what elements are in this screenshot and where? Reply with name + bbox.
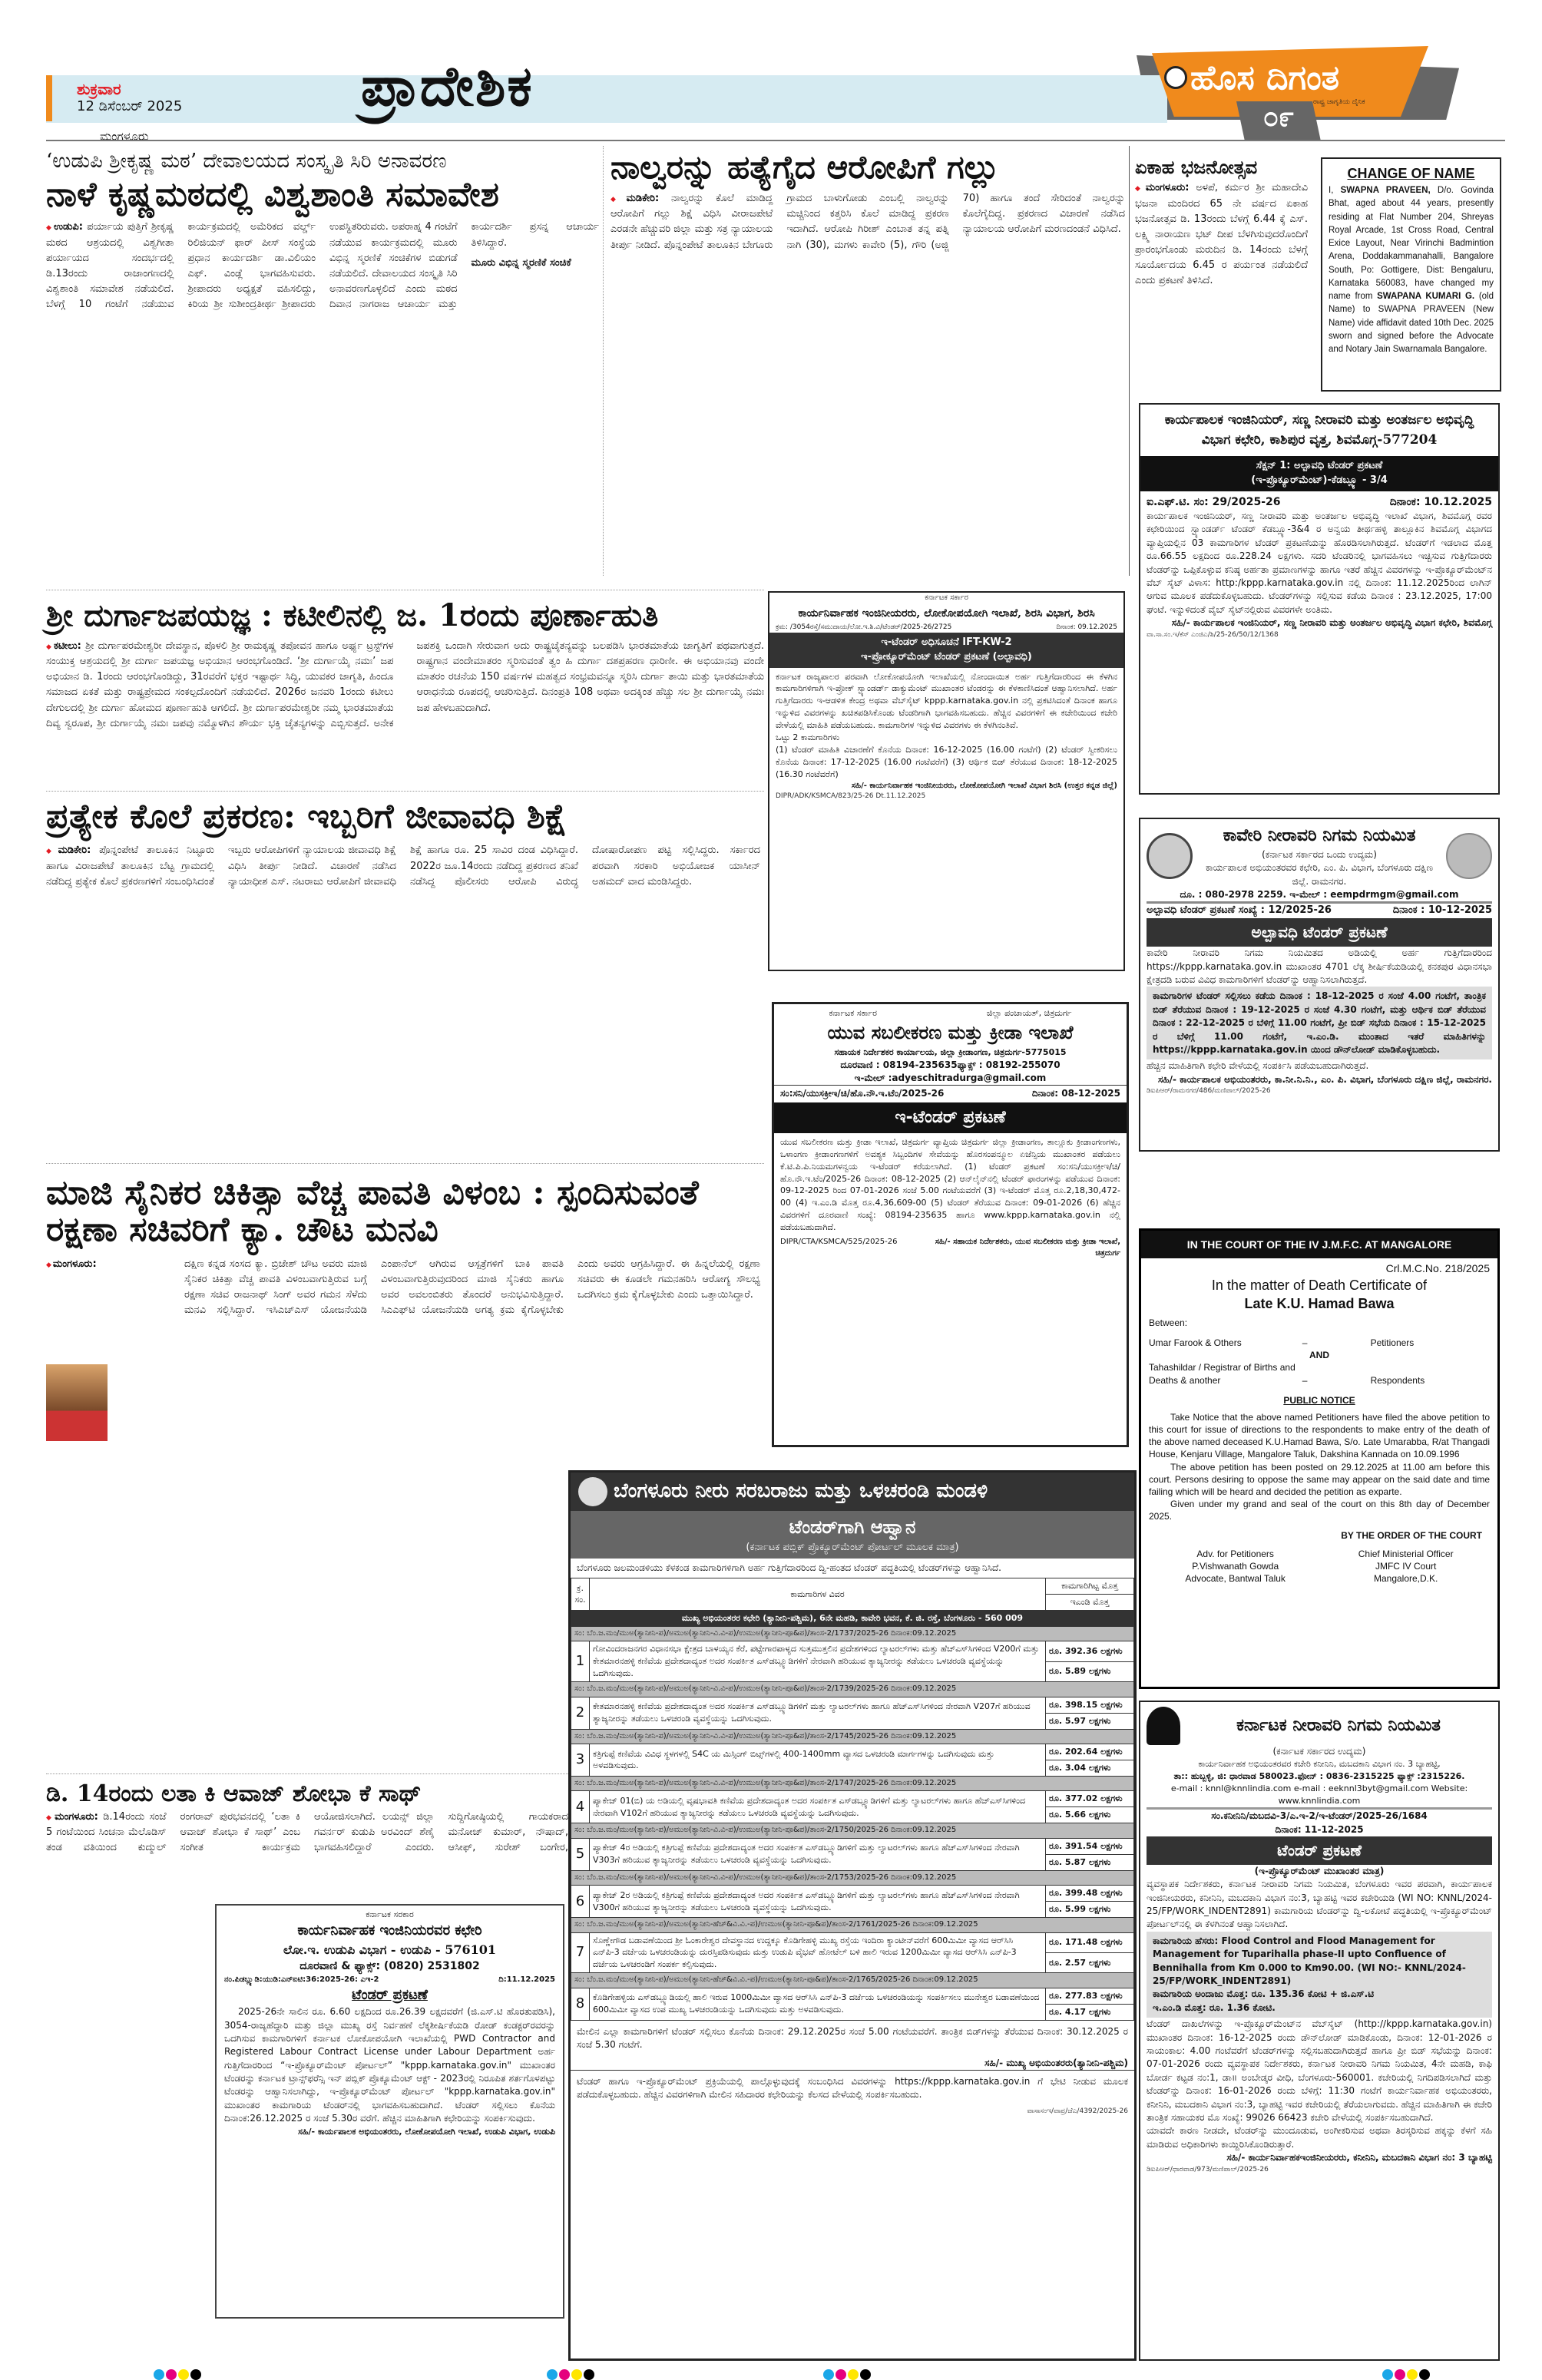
ad-subtitle: (ಕರ್ನಾಟಕ ಸರ್ಕಾರದ ಒಂದು ಉದ್ಯಮ) <box>1197 848 1441 861</box>
bwssb-emblem-icon <box>578 1477 607 1506</box>
row-number: 7 <box>571 1932 590 1973</box>
person-name: SWAPNA PRAVEEN, <box>1341 186 1431 195</box>
ad-bwssb-tender: ಬೆಂಗಳೂರು ನೀರು ಸರಬರಾಜು ಮತ್ತು ಒಳಚರಂಡಿ ಮಂಡಳ… <box>568 1470 1137 2361</box>
table-row: 4 ಪ್ಯಾಕೇಜ್ 01(ಬಿ) ಯ ಅಡಿಯಲ್ಲಿ ವೃಷಭಾವತಿ ಕಣ… <box>571 1791 1134 1807</box>
story-murder-case: ಪ್ರತ್ಯೇಕ ಕೊಲೆ ಪ್ರಕರಣ: ಇಬ್ಬರಿಗೆ ಜೀವಾವಧಿ ಶ… <box>46 798 760 1159</box>
ad-change-of-name: CHANGE OF NAME I, SWAPNA PRAVEEN, D/o. G… <box>1321 157 1501 392</box>
ad-body: ಕರ್ನಾಟಕ ರಾಜ್ಯಪಾಲರ ಪರವಾಗಿ ಲೋಕೋಪಯೋಗಿ ಇಲಾಖೆ… <box>776 671 1117 732</box>
ad-ref: ಕ್ರಮ: /3054ರಸ್ತೆ/ಸಮುದಾಯ/ಲೋ.ಇ.ಶಿ.ವಿ/ಟೆಂಡರ… <box>776 623 951 633</box>
masthead-city: ಮಂಗಳೂರು <box>100 129 148 144</box>
section-rule <box>46 1163 764 1164</box>
ad-signature: ಸಹಿ/- ಕಾರ್ಯಪಾಲಕ ಇಂಜಿನಿಯರ್, ಸಣ್ಣ ನೀರಾವರಿ … <box>1147 616 1492 630</box>
page-number: ೦೯ <box>1236 101 1321 141</box>
ad-signature: ಸಹಿ/- ಕಾರ್ಯಪಾಲಕ ಅಭಿಯಂತರರು, ಲೋಕೋಪಯೋಗಿ ಇಲಾ… <box>224 2126 555 2138</box>
section-rule <box>46 791 764 792</box>
ad-banner: ಇ-ಟೆಂಡರ್ ಪ್ರಕಟಣೆ <box>774 1102 1127 1133</box>
ad-court-notice: IN THE COURT OF THE IV J.M.F.C. AT MANGA… <box>1139 1228 1500 1689</box>
ad-banner: ಟೆಂಡರ್ ಪ್ರಕಟಣೆ <box>224 1985 555 2005</box>
ift-number: ಐ.ಎಫ್.ಟಿ. ಸಂ: 29/2025-26 <box>1147 494 1281 510</box>
story-dateline: ಮಡಿಕೇರಿ: <box>46 845 91 856</box>
case-number: Crl.M.C.No. 218/2025 <box>1149 1261 1490 1276</box>
ad-udupi-pwd: ಕರ್ನಾಟಕ ಸರಕಾರ ಕಾರ್ಯನಿರ್ವಾಹಕ ಇಂಜಿನಿಯರವರ ಕ… <box>215 1904 564 2319</box>
advocate-block: Adv. for Petitioners P.Vishwanath Gowda … <box>1185 1548 1286 1585</box>
row-number: 6 <box>571 1886 590 1918</box>
ad-intro: ಬೆಂಗಳೂರು ಜಲಮಂಡಳಿಯು ಕೆಳಕಂಡ ಕಾಮಗಾರಿಗಳಿಗಾಗಿ… <box>571 1559 1134 1578</box>
story-subhead: ಮೂರು ವಿಭಿನ್ನ ಸ್ಮರಣಿಕೆ ಸಂಚಿಕೆ <box>472 256 600 271</box>
row-amount: ರೂ. 377.02 ಲಕ್ಷಗಳು <box>1046 1791 1134 1807</box>
cmyk-marks <box>154 2368 203 2380</box>
col-desc: ಕಾಮಗಾರಿಗಳ ವಿವರ <box>590 1578 1046 1611</box>
ad-title: ಕರ್ನಾಟಕ ನೀರಾವರಿ ನಿಗಮ ನಿಯಮಿತ <box>1185 1714 1492 1738</box>
row-amount: ರೂ. 277.83 ಲಕ್ಷಗಳು <box>1046 1988 1134 2004</box>
row-number: 1 <box>571 1641 590 1682</box>
story-body: ಅಳಪೆ, ಕರ್ಮರ ಶ್ರೀ ಮಹಾದೇವಿ ಭಜನಾ ಮಂದಿರದ 65 … <box>1135 182 1308 286</box>
ad-text: (old Name) to SWAPNA PRAVEEN (New Name) … <box>1329 292 1494 354</box>
ad-gov-label: ಕರ್ನಾಟಕ ಸರ್ಕಾರ <box>769 593 1123 604</box>
ad-phone: ದೂರವಾಣಿ & ಫ್ಯಾಕ್ಸ್: (0820) 2531802 <box>224 1959 555 1974</box>
story-madikeri: ನಾಲ್ವರನ್ನು ಹತ್ಯೆಗೈದ ಆರೋಪಿಗೆ ಗಲ್ಲು ಮಡಿಕೇರ… <box>611 150 1125 576</box>
ad-text: I, <box>1329 186 1341 195</box>
ad-email: ಇ-ಮೇಲ್ :adyeschitradurga@gmail.com <box>774 1072 1127 1086</box>
ad-signature: ಸಹಿ/- ಕಾರ್ಯನಿರ್ವಾಹಕ ಇಂಜಿನೀಯರರು, ಲೋಕೋಪಯೋಗ… <box>776 781 1117 792</box>
table-row: 7 ಸೊಣ್ಣೇಗೌಡ ಬಡಾವಣೆಯಿಂದ ಶ್ರೀ ಓಂಕಾರೇಶ್ವರ ದ… <box>571 1932 1134 1952</box>
row-emd: ರೂ. 2.57 ಲಕ್ಷಗಳು <box>1046 1952 1134 1972</box>
petitioner-role: Petitioners <box>1371 1337 1415 1349</box>
row-description: ಪ್ಯಾಕೇಜ್ 4ರ ಅಡಿಯಲ್ಲಿ ಕತ್ರಿಗುಪ್ಪೆ ಕಣಿವೆಯ … <box>590 1838 1046 1870</box>
section-label: ಸೆಕ್ಷನ್ 1: ಅಲ್ಪಾವಧಿ ಟೆಂಡರ್ ಪ್ರಕಟಣೆ <box>1143 459 1495 474</box>
row-number: 4 <box>571 1791 590 1823</box>
story-udupi: ‘ಉಡುಪಿ ಶ್ರೀಕೃಷ್ಣ ಮಠ’ ದೇವಾಲಯದ ಸಂಸ್ಕೃತಿ ಸಿ… <box>46 150 599 576</box>
ad-cauvery-tender: ಕಾವೇರಿ ನೀರಾವರಿ ನಿಗಮ ನಿಯಮಿತ (ಕರ್ನಾಟಕ ಸರ್ಕ… <box>1139 818 1500 1152</box>
story-body: ಡಿ.14ರಂದು ಸಂಜೆ 5 ಗಂಟೆಯಿಂದ ಸಿಂಚನಾ ಮೆಲೊಡಿಸ… <box>46 1811 568 1853</box>
matter-line: In the matter of Death Certificate of <box>1149 1276 1490 1294</box>
ad-text: D/o. Govinda Bhat, aged about 44 years, … <box>1329 186 1494 301</box>
table-header-row: ಕ್ರ. ಸಂ. ಕಾಮಗಾರಿಗಳ ವಿವರ ಕಾಮಗಾರಿಗಿಟ್ಟ ಮೊತ… <box>571 1578 1134 1595</box>
emd-amount: ಇ.ಎಂ.ಡಿ ಮೊತ್ತ: ರೂ. 1.36 ಕೋಟಿ. <box>1153 2002 1486 2015</box>
ad-knnl-tender: ಕರ್ನಾಟಕ ನೀರಾವರಿ ನಿಗಮ ನಿಯಮಿತ (ಕರ್ನಾಟಕ ಸರ್… <box>1139 1701 1500 2361</box>
story-dateline: ಕಟೀಲು: <box>46 640 81 652</box>
ad-date: ದಿನಾಂಕ: 08-12-2025 <box>1032 1087 1120 1100</box>
ad-intro: ವ್ಯವಸ್ಥಾಪಕ ನಿರ್ದೇಶಕರು, ಕರ್ನಾಟಕ ನೀರಾವರಿ ನ… <box>1147 1878 1492 1932</box>
ad-date: ದಿನಾಂಕ: 11-12-2025 <box>1147 1823 1492 1836</box>
ad-title: ಇ-ಟೆಂಡರ್ ಅಧಿಸೂಚನೆ IFT-KW-2 <box>773 636 1120 650</box>
notice-para: Given under my grand and seal of the cou… <box>1149 1498 1490 1522</box>
table-row: 8 ಕೊಡಿಗೇಹಳ್ಳಿಯ ಎಸ್‌ಡಬ್ಲ್ಯೂಡಿಯಲ್ಲಿ ಹಾಲಿ ಇ… <box>571 1988 1134 2004</box>
ad-section-banner: ಸೆಕ್ಷನ್ 1: ಅಲ್ಪಾವಧಿ ಟೆಂಡರ್ ಪ್ರಕಟಣೆ (ಇ-ಪ್… <box>1140 456 1498 491</box>
respondent-role: Respondents <box>1371 1374 1425 1387</box>
tender-schedule: ಕಾಮಗಾರಿಗಳ ಟೆಂಡರ್ ಸಲ್ಲಿಸಲು ಕಡೆಯ ದಿನಾಂಕ : … <box>1147 987 1492 1059</box>
ad-body: ಕಾವೇರಿ ನೀರಾವರಿ ನಿಗಮ ನಿಯಮಿತದ ಅಡಿಯಲ್ಲಿ ಅರ್… <box>1147 947 1492 987</box>
ad-division: ಲೋ.ಇ. ಉಡುಪಿ ವಿಭಾಗ - ಉಡುಪಿ - 576101 <box>224 1941 555 1959</box>
row-description: ಪ್ಯಾಕೇಜ್ 2ರ ಅಡಿಯಲ್ಲಿ ಕತ್ರಿಗುಪ್ಪೆ ಕಣಿವೆಯ … <box>590 1886 1046 1918</box>
ad-office: ಕಾರ್ಯಪಾಲಕ ಅಭಿಯಂತರವರ ಕಛೇರಿ, ಎಂ. ಪಿ. ವಿಭಾಗ… <box>1197 861 1441 888</box>
row-emd: ರೂ. 5.89 ಲಕ್ಷಗಳು <box>1046 1661 1134 1681</box>
and-label: AND <box>1149 1349 1490 1361</box>
col-sno: ಕ್ರ. ಸಂ. <box>571 1578 590 1611</box>
masthead-date: 12 ಡಿಸೆಂಬರ್ 2025 <box>77 98 182 114</box>
cmyk-marks <box>823 2368 872 2380</box>
ad-address: ತಾ:: ಹುಬ್ಬಳ್ಳಿ, ಜಿ: ಧಾರವಾಡ 580023.ಫೋನ್ :… <box>1147 1770 1492 1783</box>
ad-phone: ದೂರವಾಣಿ : 08194-235635ಫ್ಯಾಕ್ಸ್ : 08192-2… <box>774 1059 1127 1072</box>
ad-ref: ವಾ.ಸಾ.ಸಂ.ಇ/ಕೆಸ್ ಎಂಜಿಎ/ಶಿ/25-26/50/12/136… <box>1147 630 1492 640</box>
table-row: 6 ಪ್ಯಾಕೇಜ್ 2ರ ಅಡಿಯಲ್ಲಿ ಕತ್ರಿಗುಪ್ಪೆ ಕಣಿವೆ… <box>571 1886 1134 1902</box>
ad-gov-label: ಕರ್ನಾಟಕ ಸರ್ಕಾರ <box>829 1007 876 1020</box>
ad-title: ಕಾವೇರಿ ನೀರಾವರಿ ನಿಗಮ ನಿಯಮಿತ <box>1197 824 1441 848</box>
ad-office: ಕಾರ್ಯನಿರ್ವಾಹಕ ಇಂಜಿನಿಯರವರ ಕಛೇರಿ <box>224 1921 555 1941</box>
ad-ref: ಡಿಐಪಿಆರ್/ರಾಮನಗರ/486/ಮಣಿಪಾಲ್/2025-26 <box>1147 1086 1492 1096</box>
court-order: BY THE ORDER OF THE COURT <box>1156 1529 1482 1542</box>
ad-banner: ಟೆಂಡರ್ ಪ್ರಕಟಣೆ <box>1147 1836 1492 1865</box>
ad-gov-label: ಕರ್ನಾಟಕ ಸರಕಾರ <box>224 1909 555 1921</box>
public-notice-title: PUBLIC NOTICE <box>1149 1394 1490 1407</box>
row-number: 8 <box>571 1988 590 2020</box>
row-emd: ರೂ. 5.87 ಲಕ್ಷಗಳು <box>1046 1854 1134 1870</box>
subsection-label: (ಇ-ಪ್ರೊಕ್ಯೂರ್‌ಮೆಂಟ್)-ಕೆಡಬ್ಲ್ಯೂ - 3/4 <box>1143 474 1495 488</box>
row-description: ಪ್ಯಾಕೇಜ್ 01(ಬಿ) ಯ ಅಡಿಯಲ್ಲಿ ವೃಷಭಾವತಿ ಕಣಿವ… <box>590 1791 1046 1823</box>
ref-row: ಸಂ: ಬೆಂ.ಜ.ಮಂ/ಮುಅ(ತ್ಯಾನೀನಿ-ಪ)/ಅಮುಅ(ತ್ಯಾನೀ… <box>571 1682 1134 1697</box>
row-description: ಕತ್ರಿಗುಪ್ಪೆ ಕಣಿವೆಯ ವಿವಿಧ ಸ್ಥಳಗಳಲ್ಲಿ S4C … <box>590 1744 1046 1777</box>
work-name: ಕಾಮಗಾರಿಯ ಹೆಸರು: Flood Control and Flood … <box>1153 1935 1486 1988</box>
ad-signature: ಸಹಿ/- ಮುಖ್ಯ ಅಭಿಯಂತರರು(ತ್ಯಾನೀನಿ-ಪಶ್ಚಿಮ) <box>571 2057 1134 2070</box>
row-emd: ರೂ. 4.17 ಲಕ್ಷಗಳು <box>1046 2004 1134 2020</box>
ad-reserve: ಯಾವದೇ ಕಾರಣ ನೀಡದೇ, ಟೆಂಡರ್‌ನ್ನು ಮುಂದೂಡುವ, … <box>1147 2124 1492 2151</box>
row-number: 2 <box>571 1697 590 1729</box>
row-description: ಕೊಡಿಗೇಹಳ್ಳಿಯ ಎಸ್‌ಡಬ್ಲ್ಯೂಡಿಯಲ್ಲಿ ಹಾಲಿ ಇರು… <box>590 1988 1046 2020</box>
ad-office: ಕಾರ್ಯನಿರ್ವಾಹಕ ಅಭಿಯಂತರವರ ಕಚೇರಿ ಕನೀನಿನಿ, ಮ… <box>1147 1758 1492 1770</box>
row-emd: ರೂ. 5.97 ಲಕ್ಷಗಳು <box>1046 1713 1134 1729</box>
masthead-rule <box>46 140 1505 141</box>
ad-signature: ಸಹಿ/- ಸಹಾಯಕ ನಿರ್ದೇಶಕರು, ಯುವ ಸಬಲೀಕರಣ ಮತ್ತ… <box>916 1237 1120 1259</box>
officer-block: Chief Ministerial Officer JMFC IV Court … <box>1358 1548 1454 1585</box>
office-row: ಮುಖ್ಯ ಅಭಿಯಂತರರ ಕಛೇರಿ (ತ್ಯಾನೀನಿ-ಪಶ್ಚಿಮ), … <box>571 1610 1134 1626</box>
work-count: ಒಟ್ಟು 2 ಕಾಮಗಾರಿಗಳು <box>776 732 1117 744</box>
ad-body: 2025-26ನೇ ಸಾಲಿನ ರೂ. 6.60 ಲಕ್ಷದಿಂದ ರೂ.26.… <box>224 2005 555 2126</box>
story-bhajana: ಏಕಾಹ ಭಜನೋತ್ಸವ ಮಂಗಳೂರು: ಅಳಪೆ, ಕರ್ಮರ ಶ್ರೀ … <box>1135 157 1308 380</box>
karnataka-emblem-icon <box>1147 833 1193 879</box>
ad-ref: ನಂ.ಪಿಡಬ್ಲ್ಯುಡಿ:ಯುಡಿ:ಎನ್‌ಐಟಿ:36:2025-26: … <box>224 1975 379 1986</box>
table-row: 3 ಕತ್ರಿಗುಪ್ಪೆ ಕಣಿವೆಯ ವಿವಿಧ ಸ್ಥಳಗಳಲ್ಲಿ S4… <box>571 1744 1134 1760</box>
ad-date: ದಿ:11.12.2025 <box>498 1975 555 1986</box>
story-body: ನಾಲ್ವರನ್ನು ಕೊಲೆ ಮಾಡಿದ್ದ ಆರೋಪಿಗೆ ಗಲ್ಲು ಶಿ… <box>611 193 1125 250</box>
row-amount: ರೂ. 391.54 ಲಕ್ಷಗಳು <box>1046 1838 1134 1854</box>
story-dateline: ಮಂಗಳೂರು: <box>1135 182 1189 193</box>
story-headline: ಡಿ. 14ರಂದು ಲತಾ ಕಿ ಆವಾಜ್ ಶೋಭಾ ಕೆ ಸಾಥ್ <box>46 1781 568 1806</box>
ad-body: ಟೆಂಡರ್ ದಾಖಲೆಗಳನ್ನು ಇ-ಪ್ರೊಕ್ಯೂರ್‌ಮೆಂಟ್‌ನ … <box>1147 2018 1492 2124</box>
ad-ref: ಸಂ.ಕನೀನಿನಿ/ಮಬದವಿ-3/ಎ.ಇ-2/ಇ-ಟೆಂಡರ್/2025-2… <box>1147 1810 1492 1823</box>
row-emd: ರೂ. 5.99 ಲಕ್ಷಗಳು <box>1046 1902 1134 1918</box>
ad-banner: ಇ-ಟೆಂಡರ್ ಅಧಿಸೂಚನೆ IFT-KW-2 ಇ-ಪ್ರೋಕ್ಯೂರ್‌… <box>769 633 1123 668</box>
row-amount: ರೂ. 202.64 ಲಕ್ಷಗಳು <box>1046 1744 1134 1760</box>
col-amount: ಕಾಮಗಾರಿಗಿಟ್ಟ ಮೊತ್ತ <box>1046 1578 1134 1595</box>
ref-row: ಸಂ: ಬೆಂ.ಜ.ಮಂ/ಮುಅ(ತ್ಯಾನೀನಿ-ಪ)/ಅಮುಅ(ತ್ಯಾನೀ… <box>571 1729 1134 1744</box>
old-name: SWAPANA KUMARI G. <box>1377 292 1474 301</box>
ad-subtitle: ಇ-ಪ್ರೋಕ್ಯೂರ್‌ಮೆಂಟ್ ಟೆಂಡರ್ ಪ್ರಕಟಣೆ (ಅಲ್ಪಾ… <box>773 650 1120 665</box>
row-description: ಕೇತಮಾರನಹಳ್ಳಿ ಕಣಿವೆಯ ಪ್ರದೇಶದಾದ್ಯಂತ ಅದರ ಸಂ… <box>590 1697 1046 1729</box>
section-title: ಪ್ರಾದೇಶಿಕ <box>361 54 534 120</box>
dash: – <box>1302 1337 1371 1349</box>
row-amount: ರೂ. 171.48 ಲಕ್ಷಗಳು <box>1046 1932 1134 1952</box>
ad-header: ಕಾರ್ಯಪಾಲಕ ಇಂಜಿನಿಯರ್, ಸಣ್ಣ ನೀರಾವರಿ ಮತ್ತು … <box>1140 405 1498 456</box>
ad-footer-ref: DIPR/CTA/KSMCA/525/2025-26 <box>780 1237 898 1259</box>
story-body: ದಕ್ಷಿಣ ಕನ್ನಡ ಸಂಸದ ಕ್ಯಾ. ಬ್ರಿಜೇಶ್ ಚೌಟ ಅವರ… <box>184 1258 760 1316</box>
story-dateline: ಉಡುಪಿ: <box>46 221 83 233</box>
petitioner-name: Umar Farook & Others <box>1149 1337 1302 1349</box>
court-header: IN THE COURT OF THE IV J.M.F.C. AT MANGA… <box>1141 1231 1497 1258</box>
mp-photo <box>46 1364 108 1441</box>
row-emd: ರೂ. 5.66 ಲಕ್ಷಗಳು <box>1046 1807 1134 1823</box>
notice-number: ಅಲ್ಪಾವಧಿ ಟೆಂಡರ್ ಪ್ರಕಟಣೆ ಸಂಖ್ಯೆ : 12/2025… <box>1147 904 1332 918</box>
ad-footer: ಟೆಂಡರ್ ಹಾಗೂ ಇ-ಪ್ರೊಕ್ಯೂರ್‌ಮೆಂಟ್ ಪ್ರಕ್ರಿಯೆ… <box>571 2070 1134 2107</box>
respondent-name: Tahashildar / Registrar of Births and De… <box>1149 1361 1302 1386</box>
masthead-accent-bar <box>46 75 52 121</box>
newspaper-logo: ಹೊಸ ದಿಗಂತ ರಾಷ್ಟ್ರ ಜಾಗೃತಿಯ ದೈನಿಕ ೦೯ <box>1137 46 1459 141</box>
table-row: 2 ಕೇತಮಾರನಹಳ್ಳಿ ಕಣಿವೆಯ ಪ್ರದೇಶದಾದ್ಯಂತ ಅದರ … <box>571 1697 1134 1713</box>
ad-web: e-mail : knnl@knnlindia.com e-mail : eek… <box>1147 1783 1492 1810</box>
story-kicker: ‘ಉಡುಪಿ ಶ್ರೀಕೃಷ್ಣ ಮಠ’ ದೇವಾಲಯದ ಸಂಸ್ಕೃತಿ ಸಿ… <box>46 150 599 174</box>
story-body: ಶ್ರೀ ದುರ್ಗಾಪರಮೇಶ್ವರೀ ದೇವಸ್ಥಾನ, ಪೊಳಲಿ ಶ್ರ… <box>46 640 764 729</box>
story-headline: ನಾಳೆ ಕೃಷ್ಣಮಠದಲ್ಲಿ ವಿಶ್ವಶಾಂತಿ ಸಮಾವೇಶ <box>46 177 599 213</box>
ad-subtitle: (ಕರ್ನಾಟಕ ಸರ್ಕಾರದ ಉದ್ಯಮ) <box>1147 1745 1492 1758</box>
ad-zp-label: ಜಿಲ್ಲಾ ಪಂಚಾಯತ್, ಚಿತ್ರದುರ್ಗ <box>987 1007 1072 1020</box>
ref-row: ಸಂ: ಬೆಂ.ಜ.ಮಂ/ಮುಅ(ತ್ಯಾನೀನಿ-ಪ)/ಅಮುಅ(ತ್ಯಾನೀ… <box>571 1776 1134 1791</box>
column-divider <box>1129 146 1130 576</box>
col-emd: ಇಎಂಡಿ ಮೊತ್ತ <box>1046 1594 1134 1610</box>
ad-mode: (ಇ-ಪ್ರೊಕ್ಯೂರ್‌ಮೆಂಟ್ ಮುಖಾಂತರ ಮಾತ್ರ) <box>1147 1865 1492 1878</box>
ad-banner: ಅಲ್ಪಾವಧಿ ಟೆಂಡರ್ ಪ್ರಕಟಣೆ <box>1147 918 1492 947</box>
ad-title: CHANGE OF NAME <box>1329 164 1494 184</box>
tender-dates: (1) ಟೆಂಡರ್ ಮಾಹಿತಿ ವಿಚಾರಣೆಗೆ ಕೊನೆಯ ದಿನಾಂಕ… <box>776 744 1117 781</box>
row-amount: ರೂ. 392.36 ಲಕ್ಷಗಳು <box>1046 1641 1134 1661</box>
ad-contact: ದೂ. : 080-2978 2259. ಇ-ಮೇಲ್ : eempdrmgm@… <box>1147 888 1492 904</box>
ad-shivamogga-tender: ಕಾರ್ಯಪಾಲಕ ಇಂಜಿನಿಯರ್, ಸಣ್ಣ ನೀರಾವರಿ ಮತ್ತು … <box>1139 403 1500 795</box>
deceased-name: Late K.U. Hamad Bawa <box>1149 1294 1490 1313</box>
story-dateline: ಮಂಗಳೂರು: <box>46 1811 98 1823</box>
paper-name: ಹೊಸ ದಿಗಂತ <box>1190 58 1339 98</box>
row-description: ಗೋವಿಂದರಾಜನಗರ ವಿಧಾನಸಭಾ ಕ್ಷೇತ್ರದ ಬಾಳಯ್ಯನ ಕ… <box>590 1641 1046 1682</box>
ref-row: ಸಂ: ಬೆಂ.ಜ.ಮಂ/ಮುಅ(ತ್ಯಾನೀನಿ-ಪ)/ಅಮುಅ(ತ್ಯಾನೀ… <box>571 1973 1134 1988</box>
cmyk-marks <box>1382 2368 1431 2380</box>
ad-footer: ಹೆಚ್ಚಿನ ಮಾಹಿತಿಗಾಗಿ ಕಛೇರಿ ವೇಳೆಯಲ್ಲಿ ಸಂಪರ್… <box>1147 1059 1492 1073</box>
section-rule <box>46 590 764 590</box>
ref-row: ಸಂ: ಬೆಂ.ಜ.ಮಂ/ಮುಅ(ತ್ಯಾನೀನಿ-ಪ)/ಅಮುಅ(ತ್ಯಾನೀ… <box>571 1823 1134 1839</box>
ad-footer: DIPR/ADK/KSMCA/823/25-26 Dt.11.12.2025 <box>776 792 1117 802</box>
paper-tagline: ರಾಷ್ಟ್ರ ಜಾಗೃತಿಯ ದೈನಿಕ <box>1313 98 1365 106</box>
story-lata: ಡಿ. 14ರಂದು ಲತಾ ಕಿ ಆವಾಜ್ ಶೋಭಾ ಕೆ ಸಾಥ್ ಮಂಗ… <box>46 1781 568 1877</box>
dash: – <box>1302 1374 1371 1387</box>
story-body: ಪೊನ್ನಂಪೇಟೆ ತಾಲೂಕಿನ ನಿಟ್ಟೂರು ಹಾಗೂ ವಿರಾಜಪೇ… <box>46 845 760 887</box>
ref-row: ಸಂ: ಬೆಂ.ಜ.ಮಂ/ಮುಅ(ತ್ಯಾನೀನಿ-ಪ)/ಅಮುಅ(ತ್ಯಾನೀ… <box>571 1870 1134 1886</box>
cmyk-marks <box>547 2368 596 2380</box>
ad-deadline: ಮೇಲಿನ ಎಲ್ಲಾ ಕಾಮಗಾರಿಗಳಿಗೆ ಟೆಂಡರ್ ಸಲ್ಲಿಸಲು… <box>571 2021 1134 2057</box>
ad-banner: ಟೆಂಡರ್‌ಗಾಗಿ ಆಹ್ವಾನ <box>574 1514 1131 1541</box>
section-rule <box>46 1773 568 1774</box>
story-kateel: ಶ್ರೀ ದುರ್ಗಾಜಪಯಜ್ಞ : ಕಟೀಲಿನಲ್ಲಿ ಜ. 1ರಂದು … <box>46 599 764 775</box>
story-headline: ಏಕಾಹ ಭಜನೋತ್ಸವ <box>1135 157 1308 177</box>
masthead-day: ಶುಕ್ರವಾರ <box>77 80 121 98</box>
ad-signature: ಸಹಿ/- ಕಾರ್ಯನಿರ್ವಾಹಕಇಂಜಿನೀಯರರು, ಕನೀನಿನಿ, … <box>1147 2151 1492 2164</box>
story-dateline: ಮಂಗಳೂರು: <box>46 1258 97 1270</box>
column-divider <box>603 146 604 576</box>
story-headline: ಪ್ರತ್ಯೇಕ ಕೊಲೆ ಪ್ರಕರಣ: ಇಬ್ಬರಿಗೆ ಜೀವಾವಧಿ ಶ… <box>46 798 760 835</box>
ad-youth-sports: ಕರ್ನಾಟಕ ಸರ್ಕಾರ ಜಿಲ್ಲಾ ಪಂಚಾಯತ್, ಚಿತ್ರದುರ್… <box>772 1002 1129 1447</box>
ad-subtitle: (ಕರ್ನಾಟಕ ಪಬ್ಲಿಕ್ ಪ್ರೊಕ್ಯೂರ್‌ಮೆಂಟ್ ಪೋರ್ಟಲ… <box>574 1541 1131 1555</box>
story-headline: ಶ್ರೀ ದುರ್ಗಾಜಪಯಜ್ಞ : ಕಟೀಲಿನಲ್ಲಿ ಜ. 1ರಂದು … <box>46 599 764 633</box>
ad-date: ದಿನಾಂಕ : 10-12-2025 <box>1393 904 1492 918</box>
tender-table: ಕ್ರ. ಸಂ. ಕಾಮಗಾರಿಗಳ ವಿವರ ಕಾಮಗಾರಿಗಿಟ್ಟ ಮೊತ… <box>571 1578 1134 2021</box>
row-amount: ರೂ. 398.15 ಲಕ್ಷಗಳು <box>1046 1697 1134 1713</box>
ad-title: ಬೆಂಗಳೂರು ನೀರು ಸರಬರಾಜು ಮತ್ತು ಒಳಚರಂಡಿ ಮಂಡಳ… <box>614 1477 988 1506</box>
globe-icon <box>1164 66 1187 89</box>
table-row: 5 ಪ್ಯಾಕೇಜ್ 4ರ ಅಡಿಯಲ್ಲಿ ಕತ್ರಿಗುಪ್ಪೆ ಕಣಿವೆ… <box>571 1838 1134 1854</box>
notice-para: Take Notice that the above named Petitio… <box>1149 1411 1490 1461</box>
notice-para: The above petition has been posted on 29… <box>1149 1461 1490 1499</box>
table-row: 1 ಗೋವಿಂದರಾಜನಗರ ವಿಧಾನಸಭಾ ಕ್ಷೇತ್ರದ ಬಾಳಯ್ಯನ… <box>571 1641 1134 1661</box>
ad-ref: ವಾಸಾಸಂಇ/ವಾಪ್ರ/ಜೆಎ/4392/2025-26 <box>571 2107 1134 2117</box>
ad-office: ಸಹಾಯಕ ನಿರ್ದೇಶಕರ ಕಾರ್ಯಾಲಯ, ಜಿಲ್ಲಾ ಕ್ರೀಡಾಂ… <box>774 1046 1127 1059</box>
row-emd: ರೂ. 3.04 ಲಕ್ಷಗಳು <box>1046 1760 1134 1776</box>
ad-title: ಯುವ ಸಬಲೀಕರಣ ಮತ್ತು ಕ್ರೀಡಾ ಇಲಾಖೆ <box>774 1020 1127 1046</box>
ad-body: ಯುವ ಸಬಲೀಕರಣ ಮತ್ತು ಕ್ರೀಡಾ ಇಲಾಖೆ, ಚಿತ್ರದುರ… <box>774 1133 1127 1238</box>
row-description: ಸೊಣ್ಣೇಗೌಡ ಬಡಾವಣೆಯಿಂದ ಶ್ರೀ ಓಂಕಾರೇಶ್ವರ ದೇವ… <box>590 1932 1046 1973</box>
ad-ref: ಸಂ:ಸನಿ/ಯುಸಕ್ರೀಇ/ಚಿ/ಹೊ.ನೌ.ಇ.ಟೆಂ/2025-26 <box>780 1087 944 1100</box>
ref-row: ಸಂ: ಬೆಂ.ಜ.ಮಂ/ಮುಅ(ತ್ಯಾನೀನಿ-ಪ)/ಅಮುಅ(ತ್ಯಾನೀ… <box>571 1918 1134 1933</box>
ad-sirsi-pwd: ಕರ್ನಾಟಕ ಸರ್ಕಾರ ಕಾರ್ಯನಿರ್ವಾಹಕ ಇಂಜಿನೀಯರರು,… <box>768 591 1125 971</box>
row-amount: ರೂ. 399.48 ಲಕ್ಷಗಳು <box>1046 1886 1134 1902</box>
ad-signature: ಸಹಿ/- ಕಾರ್ಯಪಾಲಕ ಅಭಿಯಂತರರು, ಕಾ.ನೀ.ನಿ.ನಿ.,… <box>1147 1073 1492 1086</box>
between-label: Between: <box>1149 1317 1490 1329</box>
row-number: 3 <box>571 1744 590 1777</box>
cnnl-seal-icon <box>1446 833 1492 879</box>
ad-office: ಕಾರ್ಯನಿರ್ವಾಹಕ ಇಂಜಿನೀಯರರು, ಲೋಕೋಪಯೋಗಿ ಇಲಾಖ… <box>769 604 1123 623</box>
ref-row: ಸಂ: ಬೆಂ.ಜ.ಮಂ/ಮುಅ(ತ್ಯಾನೀನಿ-ಪ)/ಅಮುಅ(ತ್ಯಾನೀ… <box>571 1626 1134 1641</box>
knnl-logo-icon <box>1147 1707 1180 1745</box>
masthead-band <box>46 75 1167 123</box>
story-dateline: ಮಡಿಕೇರಿ: <box>611 193 659 204</box>
ad-footer: ಡಿಐಪಿಆರ್/ಧಾರವಾಡ/973/ಮಣಿಪಾಲ್/2025-26 <box>1147 2165 1492 2175</box>
row-number: 5 <box>571 1838 590 1870</box>
ad-date: ದಿನಾಂಕ: 10.12.2025 <box>1390 494 1492 510</box>
work-cost: ಕಾಮಗಾರಿಯ ಅಂದಾಜು ಮೊತ್ತ: ರೂ. 135.36 ಕೋಟಿ +… <box>1153 1988 1486 2001</box>
ad-date: ದಿನಾಂಕ: 09.12.2025 <box>1057 623 1117 633</box>
story-headline: ಮಾಜಿ ಸೈನಿಕರ ಚಿಕಿತ್ಸಾ ವೆಚ್ಚ ಪಾವತಿ ವಿಳಂಬ :… <box>46 1175 760 1249</box>
story-headline: ನಾಲ್ವರನ್ನು ಹತ್ಯೆಗೈದ ಆರೋಪಿಗೆ ಗಲ್ಲು <box>611 150 1125 185</box>
ad-body: ಕಾರ್ಯಪಾಲಕ ಇಂಜಿನಿಯರ್, ಸಣ್ಣ ನೀರಾವರಿ ಮತ್ತು … <box>1147 510 1492 616</box>
